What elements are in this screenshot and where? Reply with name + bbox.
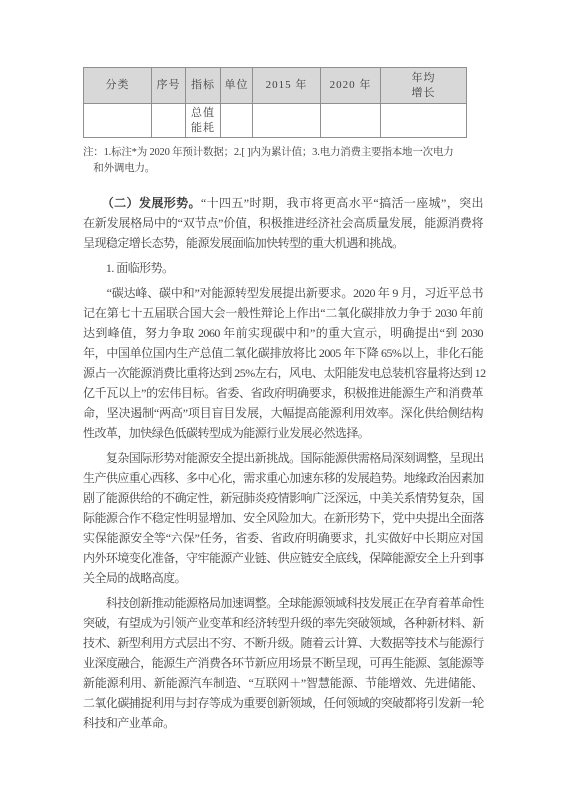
text-line: 业深度融合，能源生产消费各环节新应用场景不断呈现，可再生能源、氢能源等 [83, 653, 483, 673]
para-development-situation: （二）发展形势。“十四五”时期，我市将更高水平“搞活一座城”，突出在新发展格局中… [83, 193, 483, 253]
table-cell-3 [221, 104, 253, 138]
para-carbon-peak-neutrality: “碳达峰、碳中和”对能源转型发展提出新要求。2020 年 9 月，习近平总书记在… [83, 283, 483, 443]
table-cell-4 [253, 104, 321, 138]
text-line: 呈现稳定增长态势，能源发展面临加快转型的重大机遇和挑战。 [83, 233, 483, 253]
text-line: （二）发展形势。“十四五”时期，我市将更高水平“搞活一座城”，突出 [83, 193, 483, 213]
text-line: 命，坚决遏制“两高”项目盲目发展，大幅提高能源利用效率。深化供给侧结构 [83, 403, 483, 423]
table-cell-6 [381, 104, 467, 138]
text-line: 生产供应重心西移、多中心化，需求重心加速东移的发展趋势。地缘政治因素加 [83, 468, 483, 488]
text-line: 科技创新推动能源格局加速调整。全球能源领域科技发展正在孕育着革命性 [83, 593, 483, 613]
text-line: 年，中国单位国内生产总值二氧化碳排放将比 2005 年下降 65%以上，非化石能 [83, 343, 483, 363]
table-cell-2: 总值 能耗 [186, 104, 221, 138]
table-row: 总值 能耗 [84, 104, 467, 138]
text-line: “碳达峰、碳中和”对能源转型发展提出新要求。2020 年 9 月，习近平总书 [83, 283, 483, 303]
text-line: 内外环境变化准备，守牢能源产业链、供应链安全底线，保障能源安全上升到事 [83, 548, 483, 568]
column-header-5: 2020 年 [321, 68, 381, 104]
text-line: 复杂国际形势对能源安全提出新挑战。国际能源供需格局深刻调整，呈现出 [83, 448, 483, 468]
column-header-2: 指标 [186, 68, 221, 104]
table-header-row: 分类序号指标单位2015 年2020 年年均 增长 [84, 68, 467, 104]
column-header-1: 序号 [152, 68, 186, 104]
table-footnote: 注：1.标注*为 2020 年预计数据；2.[ ]内为累计值；3.电力消费主要指… [83, 145, 483, 177]
column-header-3: 单位 [221, 68, 253, 104]
text-line: 剧了能源供给的不确定性，新冠肺炎疫情影响广泛深远，中美关系情势复杂，国 [83, 488, 483, 508]
para-international-energy-security: 复杂国际形势对能源安全提出新挑战。国际能源供需格局深刻调整，呈现出生产供应重心西… [83, 448, 483, 588]
text-line: 新能源利用、新能源汽车制造、“互联网＋”智慧能源、节能增效、先进储能、 [83, 673, 483, 693]
text-line: 1. 面临形势。 [83, 258, 483, 278]
text-line: 技术、新型利用方式层出不穷、不断升级。随着云计算、大数据等技术与能源行 [83, 633, 483, 653]
text-line: 实保能源安全等“六保”任务，省委、省政府明确要求，扎实做好中长期应对国 [83, 528, 483, 548]
table-cell-0 [84, 104, 152, 138]
column-header-6: 年均 增长 [381, 68, 467, 104]
text-line: 记在第七十五届联合国大会一般性辩论上作出“二氧化碳排放力争于 2030 年前 [83, 303, 483, 323]
text-line: 突破，有望成为引领产业变革和经济转型升级的率先突破领域，各种新材料、新 [83, 613, 483, 633]
text-line: 二氧化碳捕捉利用与封存等成为重要创新领域，任何领域的突破都将引发新一轮 [83, 693, 483, 713]
footnote-line: 注：1.标注*为 2020 年预计数据；2.[ ]内为累计值；3.电力消费主要指… [83, 145, 483, 161]
para-tech-innovation: 科技创新推动能源格局加速调整。全球能源领域科技发展正在孕育着革命性突破，有望成为… [83, 593, 483, 733]
text-line: 亿千瓦以上”的宏伟目标。省委、省政府明确要求，积极推进能源生产和消费革 [83, 383, 483, 403]
text-line: 达到峰值，努力争取 2060 年前实现碳中和”的重大宣示，明确提出“到 2030 [83, 323, 483, 343]
text-line: 在新发展格局中的“双节点”价值，积极推进经济社会高质量发展，能源消费将 [83, 213, 483, 233]
document-content: 分类序号指标单位2015 年2020 年年均 增长 总值 能耗 注：1.标注*为… [0, 0, 566, 733]
text-line: 关全局的战略高度。 [83, 568, 483, 588]
text-line: 科技和产业革命。 [83, 713, 483, 733]
text-line: 源占一次能源消费比重将达到 25%左右，风电、太阳能发电总装机容量将达到 12 [83, 363, 483, 383]
column-header-4: 2015 年 [253, 68, 321, 104]
document-page: 分类序号指标单位2015 年2020 年年均 增长 总值 能耗 注：1.标注*为… [0, 0, 566, 800]
column-header-0: 分类 [84, 68, 152, 104]
table-cell-5 [321, 104, 381, 138]
footnote-line: 和外调电力。 [83, 161, 483, 177]
indicator-table: 分类序号指标单位2015 年2020 年年均 增长 总值 能耗 [83, 67, 467, 138]
table-cell-1 [152, 104, 186, 138]
text-line: 际能源合作不稳定性明显增加、安全风险加大。在新形势下，党中央提出全面落 [83, 508, 483, 528]
text-line: 性改革，加快绿色低碳转型成为能源行业发展必然选择。 [83, 423, 483, 443]
document-body: （二）发展形势。“十四五”时期，我市将更高水平“搞活一座城”，突出在新发展格局中… [83, 193, 483, 733]
heading-facing-situation: 1. 面临形势。 [83, 258, 483, 278]
